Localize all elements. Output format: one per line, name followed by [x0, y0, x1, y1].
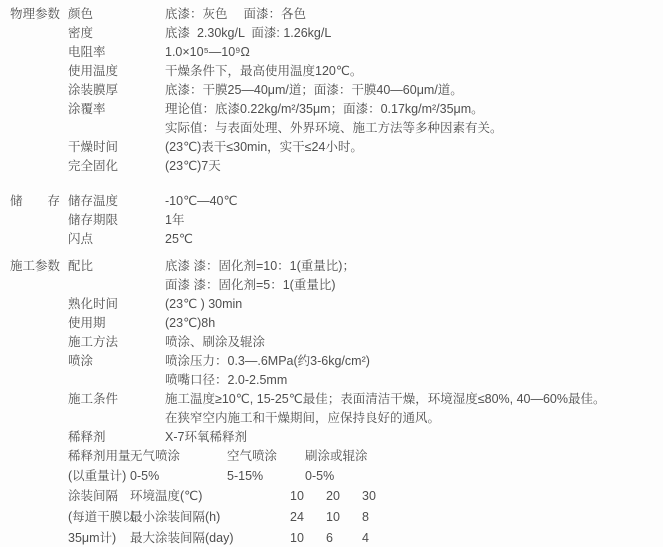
param-label: (以重量计) — [68, 468, 130, 485]
param-value: 底漆 2.30kg/L 面漆: 1.26kg/L — [165, 25, 663, 42]
param-value-cell: 24 — [290, 509, 326, 526]
param-value-cell: 10 — [290, 488, 326, 505]
param-value-cell: 底漆：灰色 面漆：各色 — [165, 6, 306, 23]
param-value: X-7环氧稀释剂 — [165, 429, 663, 446]
param-value-cell: 最小涂装间隔(h) — [130, 509, 290, 526]
table-row: 储 存储存温度-10℃—40℃ — [10, 193, 663, 212]
param-value: 干燥条件下，最高使用温度120℃。 — [165, 63, 663, 80]
param-value: 底漆 漆：固化剂=10：1(重量比)； — [165, 258, 663, 275]
param-label: 涂覆率 — [68, 101, 165, 118]
param-value: 在狭窄空内施工和干燥期间，应保持良好的通风。 — [165, 410, 663, 427]
table-row: 施工条件施工温度≥10℃, 15-25℃最佳；表面清洁干燥，环境湿度≤80%, … — [10, 391, 663, 410]
table-row: 面漆 漆：固化剂=5：1(重量比) — [10, 277, 663, 296]
section-label: 施工参数 — [10, 258, 68, 275]
table-row: 储存期限1年 — [10, 212, 663, 231]
param-value: (23℃)7天 — [165, 158, 663, 175]
table-row: 涂装膜厚底漆：干膜25—40μm/道；面漆：干膜40—60μm/道。 — [10, 82, 663, 101]
param-value-cell: 30 — [362, 488, 398, 505]
param-value-cell: 喷涂、刷涂及辊涂 — [165, 334, 265, 351]
param-value-cell: 底漆 漆：固化剂=10：1(重量比)； — [165, 258, 355, 275]
param-value: 底漆：干膜25—40μm/道；面漆：干膜40—60μm/道。 — [165, 82, 663, 99]
param-label: 喷涂 — [68, 353, 165, 370]
param-label: 35μm计) — [68, 530, 130, 547]
param-label: 干燥时间 — [68, 139, 165, 156]
param-value-cell: (23℃)表干≤30min，实干≤24小时。 — [165, 139, 363, 156]
param-label: 施工方法 — [68, 334, 165, 351]
param-value-cell: 无气喷涂 — [130, 448, 227, 465]
table-row: 完全固化(23℃)7天 — [10, 158, 663, 177]
param-label: 闪点 — [68, 231, 165, 248]
param-value-cell: 1年 — [165, 212, 184, 229]
param-value: 1.0×10⁵—10⁹Ω — [165, 44, 663, 61]
param-value: 环境温度(℃)102030 — [130, 488, 663, 505]
param-label: 稀释剂用量 — [68, 448, 130, 465]
param-label: 涂装间隔 — [68, 488, 130, 505]
param-label: 稀释剂 — [68, 429, 165, 446]
param-label: (每道干膜以 — [68, 509, 130, 526]
param-value: (23℃ ) 30min — [165, 296, 663, 313]
param-value: 实际值：与表面处理、外界环境、施工方法等多种因素有关。 — [165, 120, 663, 137]
param-label: 储存温度 — [68, 193, 165, 210]
param-label: 熟化时间 — [68, 296, 165, 313]
param-value-cell: 6 — [326, 530, 362, 547]
param-value-cell: (23℃)7天 — [165, 158, 221, 175]
param-value-cell: (23℃)8h — [165, 315, 215, 332]
param-value: 1年 — [165, 212, 663, 229]
table-row: 闪点25℃ — [10, 231, 663, 250]
param-value: 喷嘴口径：2.0-2.5mm — [165, 372, 663, 389]
param-value-cell: 20 — [326, 488, 362, 505]
param-value-cell: 环境温度(℃) — [130, 488, 290, 505]
param-label: 使用期 — [68, 315, 165, 332]
table-row: 稀释剂用量无气喷涂空气喷涂刷涂或辊涂 — [10, 448, 663, 468]
param-value-cell: 5-15% — [227, 468, 305, 485]
table-row: 实际值：与表面处理、外界环境、施工方法等多种因素有关。 — [10, 120, 663, 139]
param-value-cell: 干燥条件下，最高使用温度120℃。 — [165, 63, 362, 80]
param-value-cell: 理论值：底漆0.22kg/m²/35μm；面漆：0.17kg/m²/35μm。 — [165, 101, 484, 118]
section-label: 物理参数 — [10, 6, 68, 23]
param-label: 储存期限 — [68, 212, 165, 229]
param-value-cell: 4 — [362, 530, 398, 547]
param-value-cell: 刷涂或辊涂 — [305, 448, 368, 465]
table-row: 喷嘴口径：2.0-2.5mm — [10, 372, 663, 391]
param-value-cell: 10 — [290, 530, 326, 547]
param-value: 喷涂压力：0.3—.6MPa(约3-6kg/cm²) — [165, 353, 663, 370]
table-row: 密度底漆 2.30kg/L 面漆: 1.26kg/L — [10, 25, 663, 44]
table-row: 使用温度干燥条件下，最高使用温度120℃。 — [10, 63, 663, 82]
param-value: 喷涂、刷涂及辊涂 — [165, 334, 663, 351]
param-value-cell: 空气喷涂 — [227, 448, 305, 465]
param-value-cell: -10℃—40℃ — [165, 193, 238, 210]
table-row: 涂装间隔环境温度(℃)102030 — [10, 488, 663, 509]
table-row: 喷涂喷涂压力：0.3—.6MPa(约3-6kg/cm²) — [10, 353, 663, 372]
param-value-cell: 面漆 漆：固化剂=5：1(重量比) — [165, 277, 336, 294]
param-label: 密度 — [68, 25, 165, 42]
table-row: 施工参数配比底漆 漆：固化剂=10：1(重量比)； — [10, 258, 663, 277]
param-value-cell: 在狭窄空内施工和干燥期间，应保持良好的通风。 — [165, 410, 440, 427]
param-value-cell: 0-5% — [305, 468, 334, 485]
param-value-cell: 喷嘴口径：2.0-2.5mm — [165, 372, 287, 389]
param-value-cell: 10 — [326, 509, 362, 526]
param-value: (23℃)8h — [165, 315, 663, 332]
param-value: 0-5%5-15%0-5% — [130, 468, 663, 485]
table-row: 稀释剂X-7环氧稀释剂 — [10, 429, 663, 448]
table-row: 施工方法喷涂、刷涂及辊涂 — [10, 334, 663, 353]
param-value: 理论值：底漆0.22kg/m²/35μm；面漆：0.17kg/m²/35μm。 — [165, 101, 663, 118]
param-value: -10℃—40℃ — [165, 193, 663, 210]
table-row: 电阻率1.0×10⁵—10⁹Ω — [10, 44, 663, 63]
param-value-cell: 1.0×10⁵—10⁹Ω — [165, 44, 250, 61]
param-value: 施工温度≥10℃, 15-25℃最佳；表面清洁干燥，环境湿度≤80%, 40—6… — [165, 391, 663, 408]
table-row: 干燥时间(23℃)表干≤30min，实干≤24小时。 — [10, 139, 663, 158]
table-row: 涂覆率理论值：底漆0.22kg/m²/35μm；面漆：0.17kg/m²/35μ… — [10, 101, 663, 120]
param-value-cell: 8 — [362, 509, 398, 526]
param-value: 面漆 漆：固化剂=5：1(重量比) — [165, 277, 663, 294]
param-value: 底漆：灰色 面漆：各色 — [165, 6, 663, 23]
table-row: (每道干膜以最小涂装间隔(h)24108 — [10, 509, 663, 530]
spec-sheet: 物理参数颜色底漆：灰色 面漆：各色密度底漆 2.30kg/L 面漆: 1.26k… — [0, 0, 663, 547]
param-value-cell: (23℃ ) 30min — [165, 296, 242, 313]
param-value-cell: X-7环氧稀释剂 — [165, 429, 247, 446]
param-label: 施工条件 — [68, 391, 165, 408]
param-value-cell: 25℃ — [165, 231, 193, 248]
param-value-cell: 0-5% — [130, 468, 227, 485]
table-row: (以重量计)0-5%5-15%0-5% — [10, 468, 663, 488]
param-label: 涂装膜厚 — [68, 82, 165, 99]
param-value: (23℃)表干≤30min，实干≤24小时。 — [165, 139, 663, 156]
section-label: 储 存 — [10, 193, 68, 210]
param-value: 最小涂装间隔(h)24108 — [130, 509, 663, 526]
param-value-cell: 实际值：与表面处理、外界环境、施工方法等多种因素有关。 — [165, 120, 503, 137]
param-value: 25℃ — [165, 231, 663, 248]
table-row: 在狭窄空内施工和干燥期间，应保持良好的通风。 — [10, 410, 663, 429]
spec-table: 物理参数颜色底漆：灰色 面漆：各色密度底漆 2.30kg/L 面漆: 1.26k… — [10, 6, 663, 547]
param-value-cell: 施工温度≥10℃, 15-25℃最佳；表面清洁干燥，环境湿度≤80%, 40—6… — [165, 391, 606, 408]
param-value-cell: 喷涂压力：0.3—.6MPa(约3-6kg/cm²) — [165, 353, 370, 370]
param-label: 电阻率 — [68, 44, 165, 61]
param-label: 颜色 — [68, 6, 165, 23]
param-value-cell: 底漆：干膜25—40μm/道；面漆：干膜40—60μm/道。 — [165, 82, 463, 99]
param-value: 无气喷涂空气喷涂刷涂或辊涂 — [130, 448, 663, 465]
param-value-cell: 最大涂装间隔(day) — [130, 530, 290, 547]
param-value: 最大涂装间隔(day)1064 — [130, 530, 663, 547]
param-value-cell: 底漆 2.30kg/L 面漆: 1.26kg/L — [165, 25, 331, 42]
table-row: 物理参数颜色底漆：灰色 面漆：各色 — [10, 6, 663, 25]
param-label: 使用温度 — [68, 63, 165, 80]
table-row: 35μm计)最大涂装间隔(day)1064 — [10, 530, 663, 547]
table-row: 熟化时间(23℃ ) 30min — [10, 296, 663, 315]
param-label: 配比 — [68, 258, 165, 275]
param-label: 完全固化 — [68, 158, 165, 175]
table-row: 使用期(23℃)8h — [10, 315, 663, 334]
